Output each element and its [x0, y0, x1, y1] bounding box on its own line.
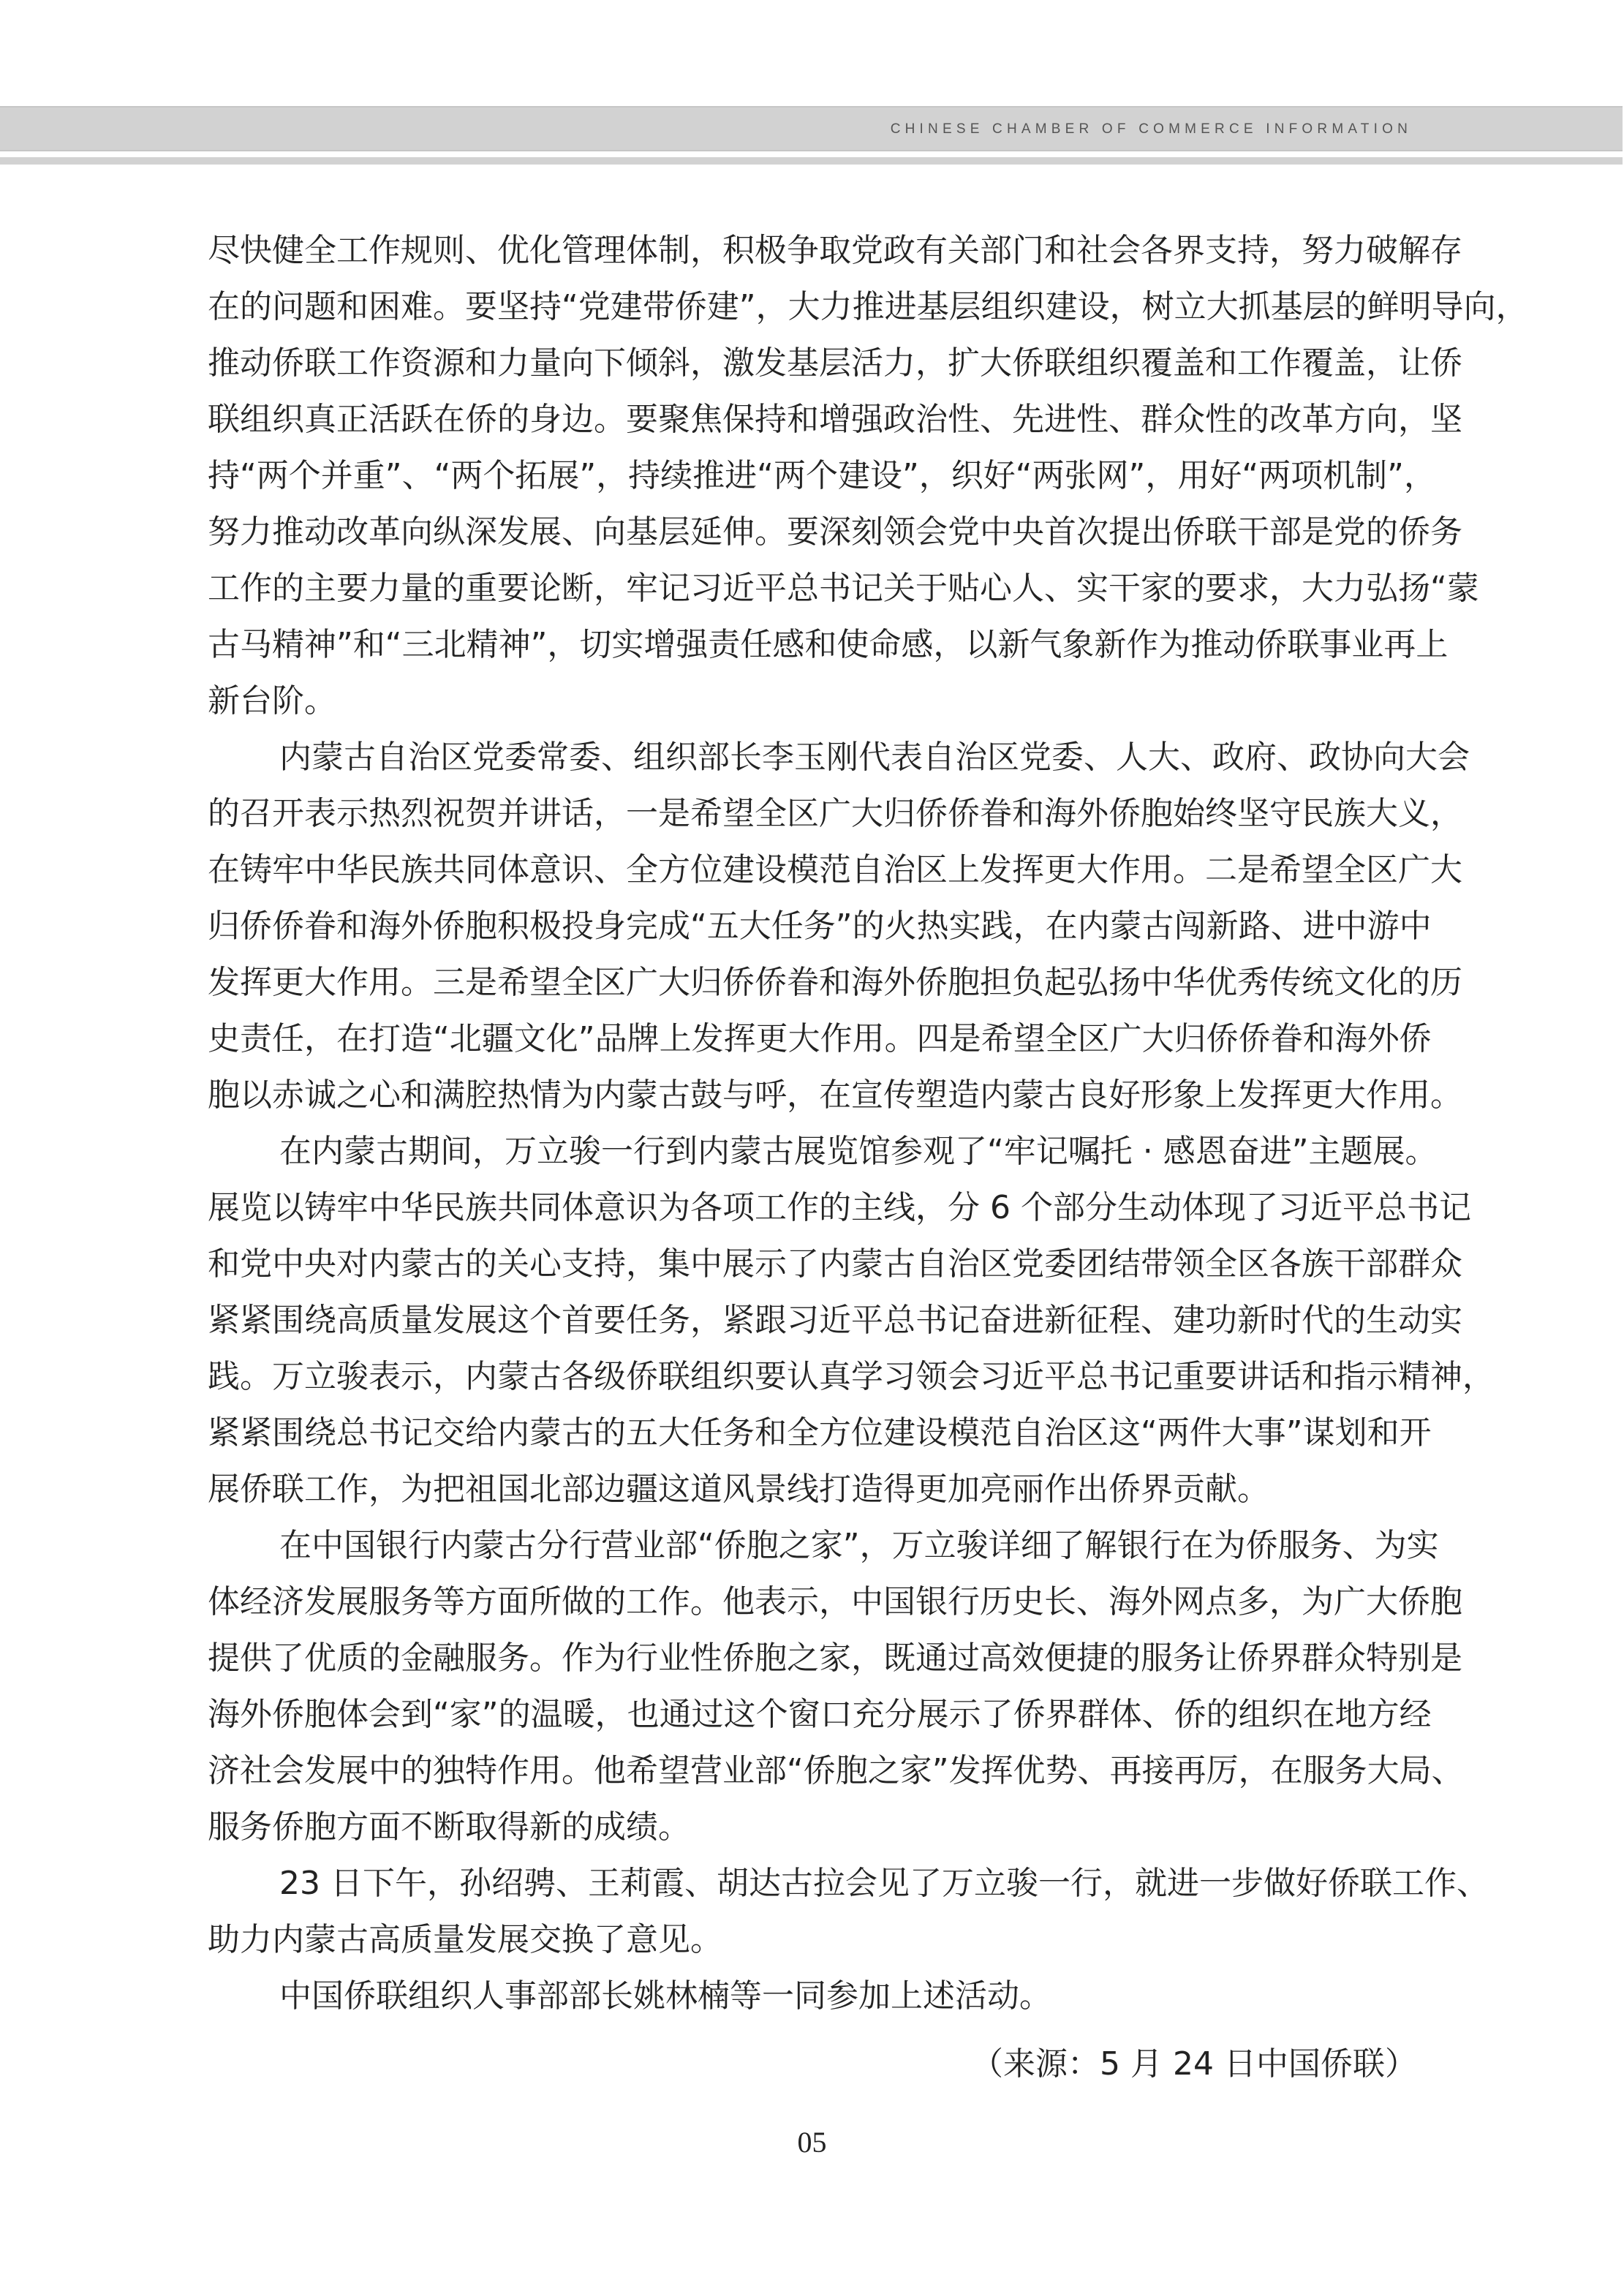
paragraph: 尽快健全工作规则、优化管理体制，积极争取党政有关部门和社会各界支持，努力破解存 … — [208, 222, 1421, 729]
text-line: 服务侨胞方面不断取得新的成绩。 — [208, 1799, 1421, 1855]
text-line: 在铸牢中华民族共同体意识、全方位建设模范自治区上发挥更大作用。二是希望全区广大 — [208, 842, 1421, 898]
text-line: 紧紧围绕总书记交给内蒙古的五大任务和全方位建设模范自治区这“两件大事”谋划和开 — [208, 1405, 1421, 1461]
text-line: 的召开表示热烈祝贺并讲话，一是希望全区广大归侨侨眷和海外侨胞始终坚守民族大义， — [208, 785, 1421, 842]
text-line: 23 日下午，孙绍骋、王莉霞、胡达古拉会见了万立骏一行，就进一步做好侨联工作、 — [208, 1855, 1421, 1911]
text-line: 内蒙古自治区党委常委、组织部长李玉刚代表自治区党委、人大、政府、政协向大会 — [208, 729, 1421, 785]
publication-title: CHINESE CHAMBER OF COMMERCE INFORMATION — [891, 121, 1412, 138]
text-line: 在的问题和困难。要坚持“党建带侨建”，大力推进基层组织建设，树立大抓基层的鲜明导… — [208, 279, 1421, 335]
text-line: 工作的主要力量的重要论断，牢记习近平总书记关于贴心人、实干家的要求，大力弘扬“蒙 — [208, 560, 1421, 616]
text-line: 中国侨联组织人事部部长姚林楠等一同参加上述活动。 — [208, 1968, 1421, 2024]
text-line: 在中国银行内蒙古分行营业部“侨胞之家”，万立骏详细了解银行在为侨服务、为实 — [208, 1517, 1421, 1574]
text-line: 践。万立骏表示，内蒙古各级侨联组织要认真学习领会习近平总书记重要讲话和指示精神， — [208, 1348, 1421, 1405]
paragraph: 23 日下午，孙绍骋、王莉霞、胡达古拉会见了万立骏一行，就进一步做好侨联工作、 … — [208, 1855, 1421, 1968]
text-line: 努力推动改革向纵深发展、向基层延伸。要深刻领会党中央首次提出侨联干部是党的侨务 — [208, 504, 1421, 560]
article-body: 尽快健全工作规则、优化管理体制，积极争取党政有关部门和社会各界支持，努力破解存 … — [208, 222, 1421, 2024]
source-attribution: （来源：5 月 24 日中国侨联） — [971, 2036, 1417, 2092]
text-line: 助力内蒙古高质量发展交换了意见。 — [208, 1911, 1421, 1968]
text-line: 和党中央对内蒙古的关心支持，集中展示了内蒙古自治区党委团结带领全区各族干部群众 — [208, 1236, 1421, 1292]
text-line: 尽快健全工作规则、优化管理体制，积极争取党政有关部门和社会各界支持，努力破解存 — [208, 222, 1421, 279]
text-line: 推动侨联工作资源和力量向下倾斜，激发基层活力，扩大侨联组织覆盖和工作覆盖，让侨 — [208, 335, 1421, 391]
text-line: 体经济发展服务等方面所做的工作。他表示，中国银行历史长、海外网点多，为广大侨胞 — [208, 1574, 1421, 1630]
header-divider-strip — [0, 157, 1623, 165]
text-line: 胞以赤诚之心和满腔热情为内蒙古鼓与呼，在宣传塑造内蒙古良好形象上发挥更大作用。 — [208, 1067, 1421, 1123]
text-line: 古马精神”和“三北精神”，切实增强责任感和使命感，以新气象新作为推动侨联事业再上 — [208, 616, 1421, 673]
text-line: 海外侨胞体会到“家”的温暖，也通过这个窗口充分展示了侨界群体、侨的组织在地方经 — [208, 1686, 1421, 1743]
paragraph: 在中国银行内蒙古分行营业部“侨胞之家”，万立骏详细了解银行在为侨服务、为实 体经… — [208, 1517, 1421, 1855]
text-line: 归侨侨眷和海外侨胞积极投身完成“五大任务”的火热实践，在内蒙古闯新路、进中游中 — [208, 898, 1421, 954]
text-line: 展览以铸牢中华民族共同体意识为各项工作的主线，分 6 个部分生动体现了习近平总书… — [208, 1180, 1421, 1236]
text-line: 展侨联工作，为把祖国北部边疆这道风景线打造得更加亮丽作出侨界贡献。 — [208, 1461, 1421, 1517]
text-line: 新台阶。 — [208, 673, 1421, 729]
paragraph: 在内蒙古期间，万立骏一行到内蒙古展览馆参观了“牢记嘱托 · 感恩奋进”主题展。 … — [208, 1123, 1421, 1517]
text-line: 紧紧围绕高质量发展这个首要任务，紧跟习近平总书记奋进新征程、建功新时代的生动实 — [208, 1292, 1421, 1348]
text-line: 在内蒙古期间，万立骏一行到内蒙古展览馆参观了“牢记嘱托 · 感恩奋进”主题展。 — [208, 1123, 1421, 1180]
text-line: 提供了优质的金融服务。作为行业性侨胞之家，既通过高效便捷的服务让侨界群众特别是 — [208, 1630, 1421, 1686]
text-line: 济社会发展中的独特作用。他希望营业部“侨胞之家”发挥优势、再接再厉，在服务大局、 — [208, 1743, 1421, 1799]
paragraph: 中国侨联组织人事部部长姚林楠等一同参加上述活动。 — [208, 1968, 1421, 2024]
text-line: 史责任，在打造“北疆文化”品牌上发挥更大作用。四是希望全区广大归侨侨眷和海外侨 — [208, 1011, 1421, 1067]
page-number: 05 — [0, 2125, 1624, 2159]
text-line: 持“两个并重”、“两个拓展”，持续推进“两个建设”，织好“两张网”，用好“两项机… — [208, 448, 1421, 504]
paragraph: 内蒙古自治区党委常委、组织部长李玉刚代表自治区党委、人大、政府、政协向大会 的召… — [208, 729, 1421, 1123]
text-line: 联组织真正活跃在侨的身边。要聚焦保持和增强政治性、先进性、群众性的改革方向，坚 — [208, 391, 1421, 448]
text-line: 发挥更大作用。三是希望全区广大归侨侨眷和海外侨胞担负起弘扬中华优秀传统文化的历 — [208, 954, 1421, 1011]
